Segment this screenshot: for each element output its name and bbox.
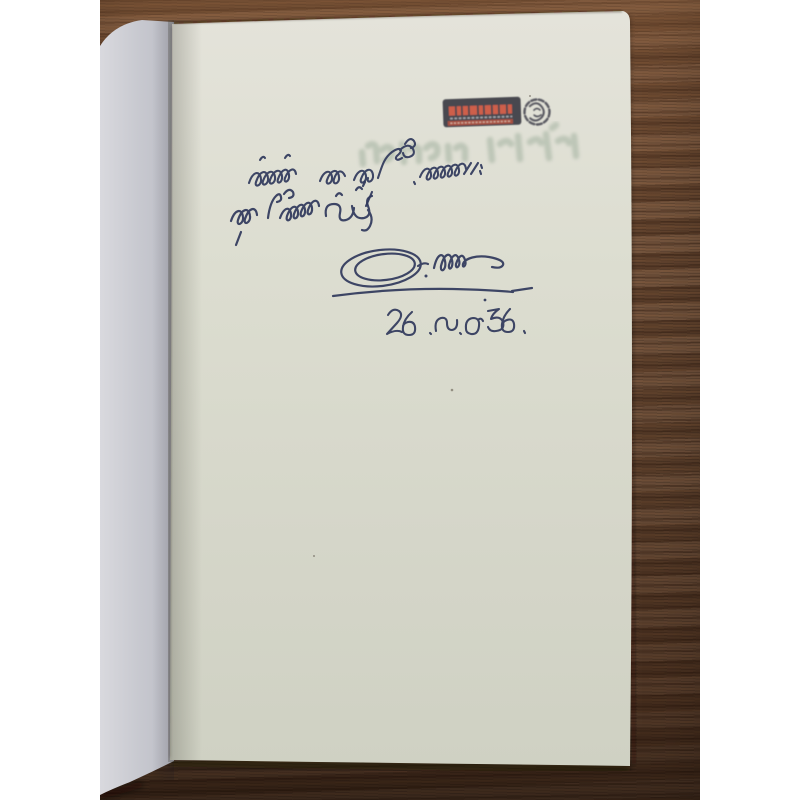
wood-table-background	[100, 0, 700, 800]
gutter-shadow	[168, 20, 202, 762]
stamp-title-text	[449, 109, 513, 111]
book-scene	[100, 0, 700, 800]
signed-page	[170, 11, 632, 766]
publisher-stamp	[443, 97, 522, 128]
photo-canvas: ศิลปวัฒนธรรม ART & CULTURE ตะวันตก อภินั…	[0, 0, 800, 800]
transcriptions: ศิลปวัฒนธรรม ART & CULTURE ตะวันตก อภินั…	[0, 0, 1, 1]
